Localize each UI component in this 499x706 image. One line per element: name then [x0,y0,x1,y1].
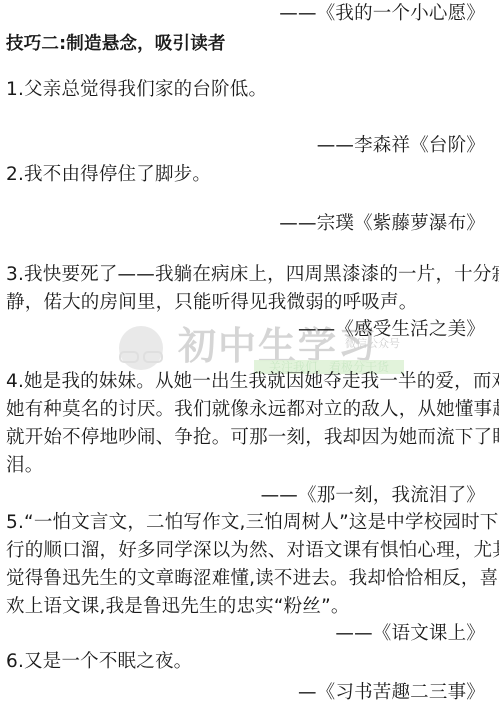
example-5-line-4: 欢上语文课,我是鲁迅先生的忠实“粉丝”。 [6,595,487,619]
example-1-source: ——李森祥《台阶》 [0,134,485,158]
example-3-line-1: 3.我快要死了——我躺在病床上，四周黑漆漆的一片，十分寂 [6,263,487,287]
example-5-line-2: 行的顺口溜，好多同学深以为然、对语文课有惧怕心理，尤其 [6,539,487,563]
example-6-text: 6.又是一个不眠之夜。 [6,650,487,674]
source-citation: ——《我的一个小心愿》 [0,2,485,26]
example-5-source: ——《语文课上》 [0,622,485,646]
example-1-text: 1.父亲总觉得我们家的台阶低。 [6,78,487,102]
example-4-line-2: 她有种莫名的讨厌。我们就像永远都对立的敌人，从她懂事起， [6,398,487,422]
example-5-line-1: 5.“一怕文言文，二怕写作文,三怕周树人”这是中学校园时下流 [6,511,487,535]
section-heading: 技巧二:制造悬念，吸引读者 [6,32,487,56]
example-4-source: ——《那一刻，我流泪了》 [0,484,485,508]
example-4-line-3: 就开始不停地吵闹、争抢。可那一刻，我却因为她而流下了眼 [6,426,487,450]
example-2-source: ——宗璞《紫藤萝瀑布》 [0,212,485,236]
example-3-line-2: 静，偌大的房间里，只能听得见我微弱的呼吸声。 [6,291,487,315]
example-6-source: —《习书苦趣二三事》 [0,681,485,705]
example-5-line-3: 觉得鲁迅先生的文章晦涩难懂,读不进去。我却恰恰相反，喜 [6,567,487,591]
example-3-source: ——《感受生活之美》 [0,318,485,342]
example-2-text: 2.我不由得停住了脚步。 [6,163,487,187]
example-4-line-1: 4.她是我的妹妹。从她一出生我就因她夺走我一半的爱，而对 [6,370,487,394]
example-4-line-4: 泪。 [6,454,487,478]
